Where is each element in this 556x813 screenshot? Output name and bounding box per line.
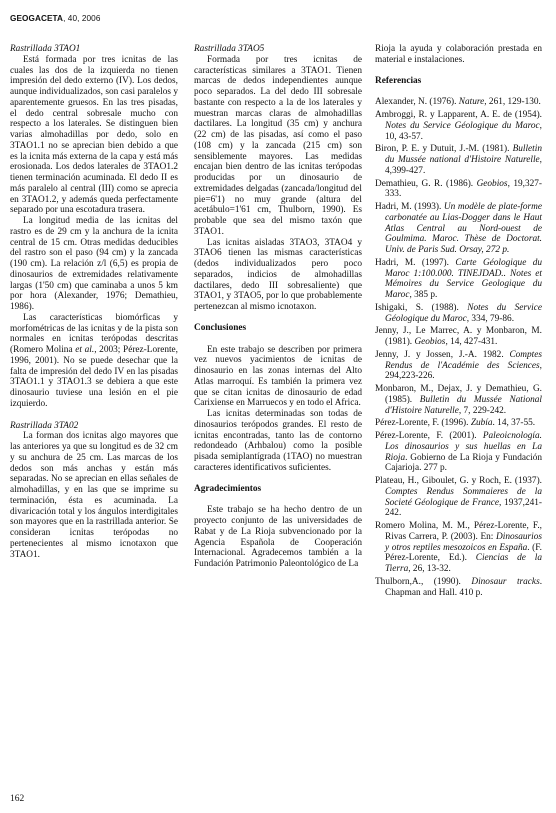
paragraph: Rioja la ayuda y colaboración prestada e…	[375, 44, 542, 66]
reference-item: Ambroggi, R. y Lapparent, A. E. de (1954…	[375, 110, 542, 142]
reference-item: Monbaron, M., Dejax, J. y Demathieu, G. …	[375, 384, 542, 416]
section-heading-agradecimientos: Agradecimientos	[194, 484, 362, 495]
reference-item: Thulborn,A., (1990). Dinosaur tracks. Ch…	[375, 577, 542, 599]
column-1: Rastrillada 3TAO1 Está formada por tres …	[10, 44, 178, 560]
paragraph: Las características biomórficas y morfom…	[10, 313, 178, 410]
section-heading-referencias: Referencias	[375, 76, 542, 87]
reference-item: Hadri, M. (1997). Carte Géologique du Ma…	[375, 258, 542, 301]
reference-item: Alexander, N. (1976). Nature, 261, 129-1…	[375, 97, 542, 108]
paragraph: Formada por tres icnitas de característi…	[194, 55, 362, 238]
column-2: Rastrillada 3TAO5 Formada por tres icnit…	[194, 44, 362, 570]
journal-issue: , 40, 2006	[63, 14, 100, 23]
reference-item: Romero Molina, M. M., Pérez-Lorente, F.,…	[375, 521, 542, 575]
paragraph: En este trabajo se describen por primera…	[194, 345, 362, 410]
reference-item: Demathieu, G. R. (1986). Geobios, 19,327…	[375, 179, 542, 201]
section-heading-conclusiones: Conclusiones	[194, 323, 362, 334]
reference-item: Pérez-Lorente, F. (1996). Zubía. 14, 37-…	[375, 418, 542, 429]
reference-item: Jenny, J., Le Marrec, A. y Monbaron, M. …	[375, 326, 542, 348]
paragraph: Está formada por tres icnitas de las cua…	[10, 55, 178, 216]
reference-item: Biron, P. E. y Dutuit, J.-M. (1981). Bul…	[375, 144, 542, 176]
section-heading-3tao2: Rastrillada 3TA02	[10, 421, 178, 432]
section-heading-3tao5: Rastrillada 3TAO5	[194, 44, 362, 55]
reference-item: Plateau, H., Giboulet, G. y Roch, E. (19…	[375, 476, 542, 519]
reference-item: Hadri, M. (1993). Un modèle de plate-for…	[375, 202, 542, 256]
column-3: Rioja la ayuda y colaboración prestada e…	[375, 44, 542, 600]
reference-list: Alexander, N. (1976). Nature, 261, 129-1…	[375, 97, 542, 598]
reference-item: Jenny, J. y Jossen, J.-A. 1982. Comptes …	[375, 350, 542, 382]
section-heading-3tao1: Rastrillada 3TAO1	[10, 44, 178, 55]
reference-item: Pérez-Lorente, F. (2001). Paleoicnología…	[375, 431, 542, 474]
paragraph: Las icnitas determinadas son todas de di…	[194, 409, 362, 474]
paragraph: La longitud media de las icnitas del ras…	[10, 216, 178, 313]
page-number: 162	[10, 794, 24, 804]
running-header: GEOGACETA, 40, 2006	[10, 14, 100, 23]
paragraph: La forman dos icnitas algo mayores que l…	[10, 431, 178, 560]
journal-name: GEOGACETA	[10, 14, 63, 23]
reference-item: Ishigaki, S. (1988). Notes du Service Gé…	[375, 303, 542, 325]
paragraph: Las icnitas aisladas 3TAO3, 3TAO4 y 3TAO…	[194, 238, 362, 313]
text-italic: et al.	[75, 345, 94, 355]
paragraph: Este trabajo se ha hecho dentro de un pr…	[194, 505, 362, 570]
